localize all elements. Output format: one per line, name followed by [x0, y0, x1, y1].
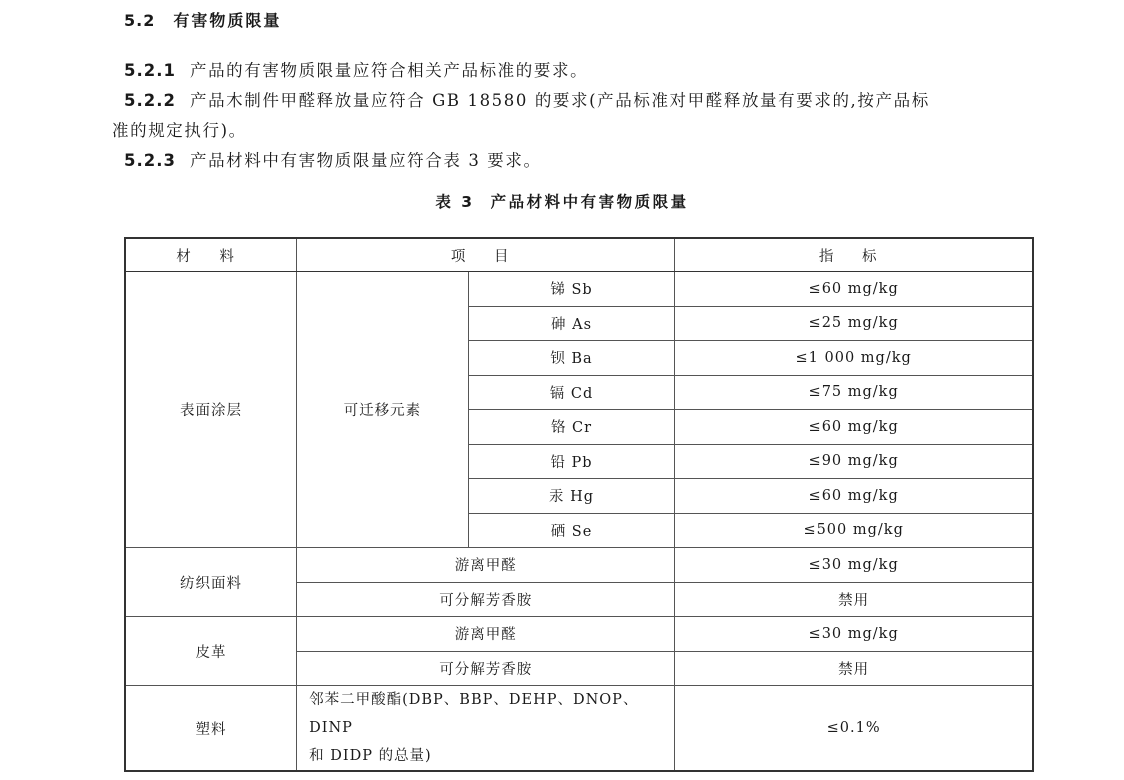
limit-cell: ≤60 mg/kg	[675, 272, 1033, 307]
item-cell: 可分解芳香胺	[297, 651, 675, 686]
material-textile: 纺织面料	[125, 548, 297, 617]
element-cell: 铅 Pb	[468, 444, 675, 479]
element-cell: 砷 As	[468, 306, 675, 341]
element-cell: 铬 Cr	[468, 410, 675, 445]
limit-cell: ≤30 mg/kg	[675, 617, 1033, 652]
header-item: 项 目	[297, 238, 675, 272]
table-title: 产品材料中有害物质限量	[491, 193, 689, 211]
clause-number: 5.2.3	[124, 151, 176, 170]
material-leather: 皮革	[125, 617, 297, 686]
item-cell: 游离甲醛	[297, 617, 675, 652]
clause-5-2-2-continuation: 准的规定执行)。	[112, 117, 247, 141]
material-plastic: 塑料	[125, 686, 297, 772]
clause-text: 产品木制件甲醛释放量应符合 GB 18580 的要求(产品标准对甲醛释放量有要求…	[190, 91, 930, 110]
limit-cell: ≤25 mg/kg	[675, 306, 1033, 341]
header-limit: 指 标	[675, 238, 1033, 272]
element-cell: 钡 Ba	[468, 341, 675, 376]
item-cell-phthalates: 邻苯二甲酸酯(DBP、BBP、DEHP、DNOP、DINP 和 DIDP 的总量…	[297, 686, 675, 772]
clause-number: 5.2.2	[124, 91, 176, 110]
clause-text: 产品材料中有害物质限量应符合表 3 要求。	[190, 151, 542, 170]
section-heading: 5.2有害物质限量	[124, 8, 281, 31]
table-row: 表面涂层 可迁移元素 锑 Sb ≤60 mg/kg	[125, 272, 1033, 307]
limit-cell: ≤90 mg/kg	[675, 444, 1033, 479]
item-group-migratable-elements: 可迁移元素	[297, 272, 469, 548]
element-cell: 硒 Se	[468, 513, 675, 548]
item-cell: 可分解芳香胺	[297, 582, 675, 617]
limit-cell: ≤1 000 mg/kg	[675, 341, 1033, 376]
table-row: 皮革 游离甲醛 ≤30 mg/kg	[125, 617, 1033, 652]
clause-text: 产品的有害物质限量应符合相关产品标准的要求。	[190, 61, 588, 80]
limit-cell: ≤500 mg/kg	[675, 513, 1033, 548]
element-cell: 锑 Sb	[468, 272, 675, 307]
limit-cell: ≤60 mg/kg	[675, 410, 1033, 445]
clause-5-2-3: 5.2.3产品材料中有害物质限量应符合表 3 要求。	[124, 147, 542, 171]
limit-cell: 禁用	[675, 651, 1033, 686]
limit-cell: ≤0.1%	[675, 686, 1033, 772]
element-cell: 汞 Hg	[468, 479, 675, 514]
section-number: 5.2	[124, 11, 155, 30]
item-line-1: 邻苯二甲酸酯(DBP、BBP、DEHP、DNOP、DINP	[309, 686, 674, 742]
clause-5-2-1: 5.2.1产品的有害物质限量应符合相关产品标准的要求。	[124, 57, 588, 81]
limit-cell: ≤60 mg/kg	[675, 479, 1033, 514]
table-caption: 表 3产品材料中有害物质限量	[0, 190, 1124, 212]
section-title: 有害物质限量	[173, 11, 281, 30]
element-cell: 镉 Cd	[468, 375, 675, 410]
limit-cell: ≤75 mg/kg	[675, 375, 1033, 410]
hazardous-substance-limits-table: 材 料 项 目 指 标 表面涂层 可迁移元素 锑 Sb ≤60 mg/kg 砷 …	[124, 237, 1034, 772]
limit-cell: ≤30 mg/kg	[675, 548, 1033, 583]
table-number: 表 3	[435, 193, 474, 211]
table-row: 纺织面料 游离甲醛 ≤30 mg/kg	[125, 548, 1033, 583]
table-header-row: 材 料 项 目 指 标	[125, 238, 1033, 272]
clause-number: 5.2.1	[124, 61, 176, 80]
item-cell: 游离甲醛	[297, 548, 675, 583]
material-surface-coating: 表面涂层	[125, 272, 297, 548]
clause-5-2-2: 5.2.2产品木制件甲醛释放量应符合 GB 18580 的要求(产品标准对甲醛释…	[124, 87, 930, 111]
item-line-2: 和 DIDP 的总量)	[309, 742, 674, 770]
table-row: 塑料 邻苯二甲酸酯(DBP、BBP、DEHP、DNOP、DINP 和 DIDP …	[125, 686, 1033, 772]
limit-cell: 禁用	[675, 582, 1033, 617]
header-material: 材 料	[125, 238, 297, 272]
